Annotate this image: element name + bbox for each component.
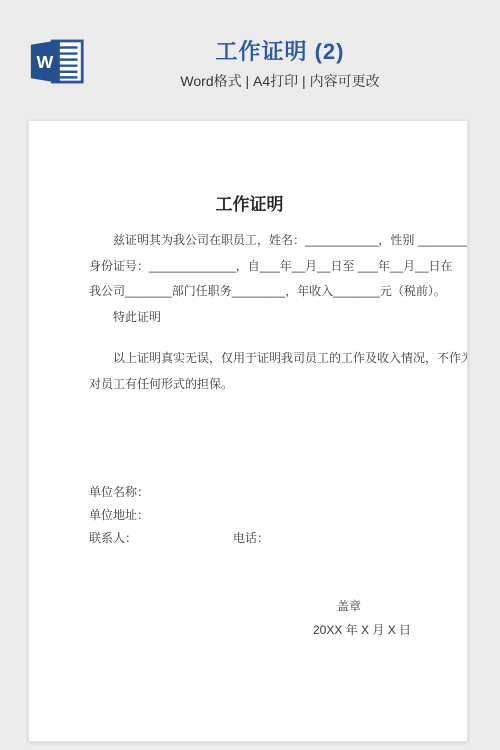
disclaimer-line: 对员工有任何形式的担保。	[89, 372, 410, 398]
disclaimer-paragraph: 以上证明真实无误，仅用于证明我司员工的工作及收入情况，不作为我公司 对员工有任何…	[89, 346, 410, 397]
body-line: 身份证号：_____________，自___年__月__日至 ___年__月_…	[89, 254, 410, 280]
document-page: 工作证明 兹证明其为我公司在职员工，姓名：___________，性别 ____…	[28, 120, 468, 742]
document-title: 工作证明	[89, 192, 410, 218]
page-title: 工作证明 (2)	[60, 38, 500, 66]
body-line: 兹证明其为我公司在职员工，姓名：___________，性别 ________，	[89, 228, 410, 254]
company-info-block: 单位名称： 单位地址： 联系人：电话：	[89, 481, 410, 550]
company-name-label: 单位名称：	[89, 481, 410, 504]
preview-stage: W 工作证明 (2) Word格式 | A4打印 | 内容可更改 工作证明 兹证…	[0, 0, 500, 750]
stamp-date: 20XX 年 X 月 X 日	[313, 618, 410, 642]
contact-phone-row: 联系人：电话：	[89, 527, 410, 550]
contact-label: 联系人：	[89, 531, 137, 545]
body-line: 特此证明	[89, 305, 410, 331]
company-address-label: 单位地址：	[89, 504, 410, 527]
document-body: 兹证明其为我公司在职员工，姓名：___________，性别 ________，…	[89, 228, 410, 397]
body-line: 我公司_______部门任职务________，年收入_______元（税前）。	[89, 279, 410, 305]
svg-text:W: W	[36, 52, 53, 72]
stamp-label: 盖章	[313, 594, 410, 618]
phone-label: 电话：	[233, 531, 269, 545]
header-text: 工作证明 (2) Word格式 | A4打印 | 内容可更改	[60, 38, 500, 90]
page-subtitle: Word格式 | A4打印 | 内容可更改	[60, 72, 500, 90]
disclaimer-line: 以上证明真实无误，仅用于证明我司员工的工作及收入情况，不作为我公司	[89, 346, 410, 372]
header: W 工作证明 (2) Word格式 | A4打印 | 内容可更改	[0, 0, 500, 120]
stamp-block: 盖章 20XX 年 X 月 X 日	[313, 594, 410, 642]
